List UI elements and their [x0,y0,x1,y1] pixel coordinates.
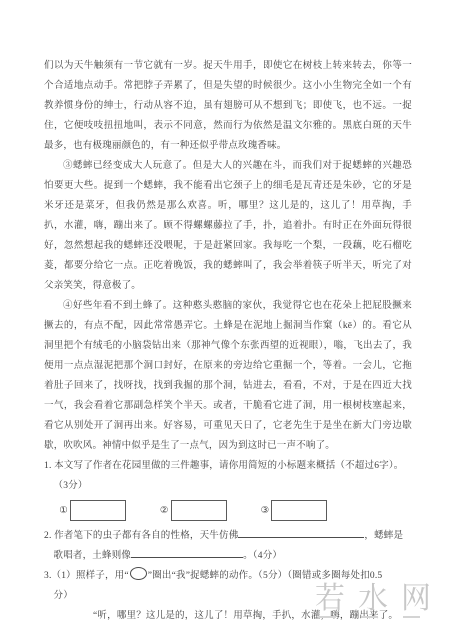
test-paper-content: 们以为天牛触须有一节它就有一岁。捉天牛用手，即使它在树枝上转来转去，你等一个合适… [44,56,412,626]
question-2-score: 。（4分） [243,551,282,561]
answer-box-group-3: ③ [261,500,328,521]
question-2-text-mid: ，蟋蟀是 [364,531,403,541]
question-1-text: 1. 本文写了作者在花园里做的三件趣事，请你用简短的小标题来概括（不超过6字）。 [44,456,412,476]
document-page: 们以为天牛触须有一节它就有一岁。捉天牛用手，即使它在树枝上转来转去，你等一个合适… [0,0,450,637]
question-1-answer-boxes: ① ② ③ [44,500,412,521]
question-2-text-start: 2. 作者笔下的虫子都有各自的性格，天牛仿佛 [44,531,238,541]
answer-box-3 [271,500,327,521]
circle-example-icon [130,567,147,580]
question-2-text-cont: 歌唱者，土蜂则像 [54,551,132,561]
question-1-score: （3分） [44,476,412,496]
passage-paragraph-continuation: 们以为天牛触须有一节它就有一岁。捉天牛用手，即使它在树枝上转来转去，你等一个合适… [44,56,412,156]
question-3-text-start: 3.（1）照样子，用“ [44,571,129,581]
question-2-line-2: 歌唱者，土蜂则像。（4分） [44,546,412,566]
watermark-subtext-bars [315,616,444,618]
answer-box-group-2: ② [160,500,227,521]
answer-box-label-1: ① [59,501,68,521]
watermark-text: 若水网 [315,583,444,615]
answer-blank-2 [131,547,243,558]
answer-box-1 [70,500,126,521]
answer-box-group-1: ① [59,500,126,521]
answer-blank-1 [238,527,364,538]
question-3-text-end: ”圈出“我”捉蟋蟀的动作。（5分）（圈错或多圈每处扣0.5 [148,571,383,581]
answer-box-label-3: ③ [261,501,270,521]
answer-box-label-2: ② [160,501,169,521]
passage-paragraph-4: ④好些年看不到土蜂了。这种憨头憨脑的家伙，我觉得它也在花朵上把屁股撅来撅去的，有… [44,296,412,456]
passage-paragraph-3: ③蟋蟀已经变成大人玩意了。但是大人的兴趣在斗，而我们对于捉蟋蟀的兴趣恐怕要更大些… [44,156,412,296]
watermark: 若水网 [315,583,444,618]
question-2-line-1: 2. 作者笔下的虫子都有各自的性格，天牛仿佛，蟋蟀是 [44,526,412,546]
answer-box-2 [171,500,227,521]
